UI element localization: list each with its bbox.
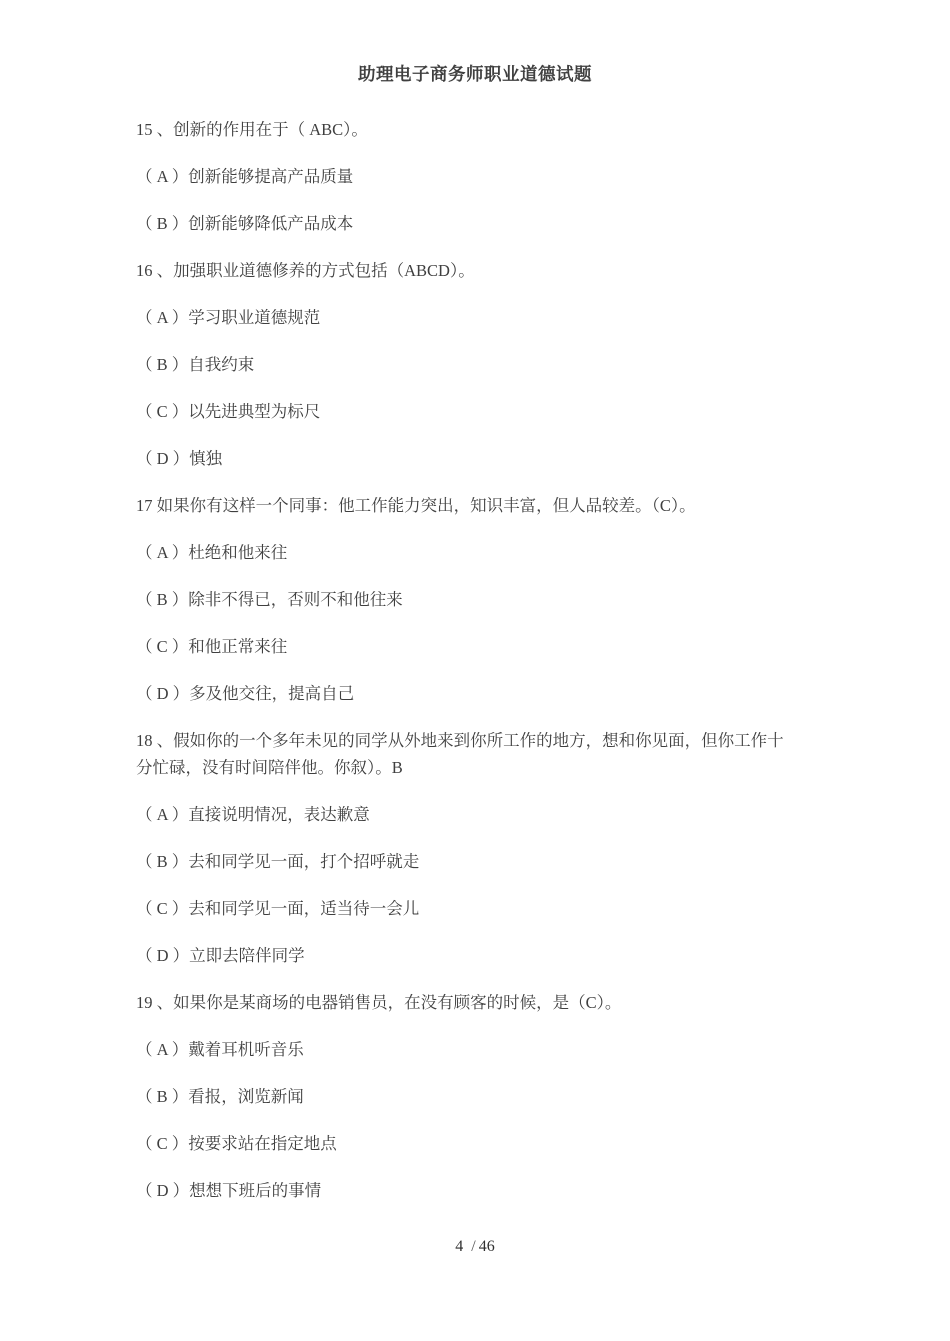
question-stem: 15 、创新的作用在于（ ABC）。 xyxy=(136,116,798,143)
question-option: （ C ）按要求站在指定地点 xyxy=(136,1130,798,1157)
page-number: 4 xyxy=(455,1237,463,1257)
question-option: （ D ）立即去陪伴同学 xyxy=(136,942,798,969)
question-option: （ D ）慎独 xyxy=(136,445,798,472)
question-option: （ B ）除非不得已，否则不和他往来 xyxy=(136,586,798,613)
question-option: （ A ）戴着耳机听音乐 xyxy=(136,1036,798,1063)
question-option: （ D ）多及他交往，提高自己 xyxy=(136,680,798,707)
question-option: （ A ）杜绝和他来往 xyxy=(136,539,798,566)
question-17: 17 如果你有这样一个同事：他工作能力突出，知识丰富，但人品较差。（C）。 （ … xyxy=(136,492,798,707)
question-option: （ B ）自我约束 xyxy=(136,351,798,378)
question-option: （ D ）想想下班后的事情 xyxy=(136,1177,798,1204)
question-option: （ A ）学习职业道德规范 xyxy=(136,304,798,331)
document-page: 助理电子商务师职业道德试题 15 、创新的作用在于（ ABC）。 （ A ）创新… xyxy=(0,0,950,1341)
question-stem: 18 、假如你的一个多年未见的同学从外地来到你所工作的地方，想和你见面，但你工作… xyxy=(136,727,798,781)
question-stem: 19 、如果你是某商场的电器销售员，在没有顾客的时候，是（C）。 xyxy=(136,989,798,1016)
question-option: （ A ）创新能够提高产品质量 xyxy=(136,163,798,190)
document-body: 15 、创新的作用在于（ ABC）。 （ A ）创新能够提高产品质量 （ B ）… xyxy=(136,116,798,1204)
question-option: （ C ）以先进典型为标尺 xyxy=(136,398,798,425)
question-option: （ A ）直接说明情况，表达歉意 xyxy=(136,801,798,828)
question-16: 16 、加强职业道德修养的方式包括（ABCD）。 （ A ）学习职业道德规范 （… xyxy=(136,257,798,472)
question-stem: 16 、加强职业道德修养的方式包括（ABCD）。 xyxy=(136,257,798,284)
question-option: （ C ）去和同学见一面，适当待一会儿 xyxy=(136,895,798,922)
question-stem: 17 如果你有这样一个同事：他工作能力突出，知识丰富，但人品较差。（C）。 xyxy=(136,492,798,519)
question-option: （ B ）去和同学见一面，打个招呼就走 xyxy=(136,848,798,875)
question-option: （ B ）看报，浏览新闻 xyxy=(136,1083,798,1110)
question-option: （ C ）和他正常来往 xyxy=(136,633,798,660)
page-title: 助理电子商务师职业道德试题 xyxy=(0,0,950,88)
page-separator: / xyxy=(471,1237,475,1257)
total-pages: 46 xyxy=(479,1237,495,1257)
question-15: 15 、创新的作用在于（ ABC）。 （ A ）创新能够提高产品质量 （ B ）… xyxy=(136,116,798,237)
question-19: 19 、如果你是某商场的电器销售员，在没有顾客的时候，是（C）。 （ A ）戴着… xyxy=(136,989,798,1204)
page-footer: 4/46 xyxy=(0,1237,950,1257)
question-18: 18 、假如你的一个多年未见的同学从外地来到你所工作的地方，想和你见面，但你工作… xyxy=(136,727,798,969)
question-option: （ B ）创新能够降低产品成本 xyxy=(136,210,798,237)
